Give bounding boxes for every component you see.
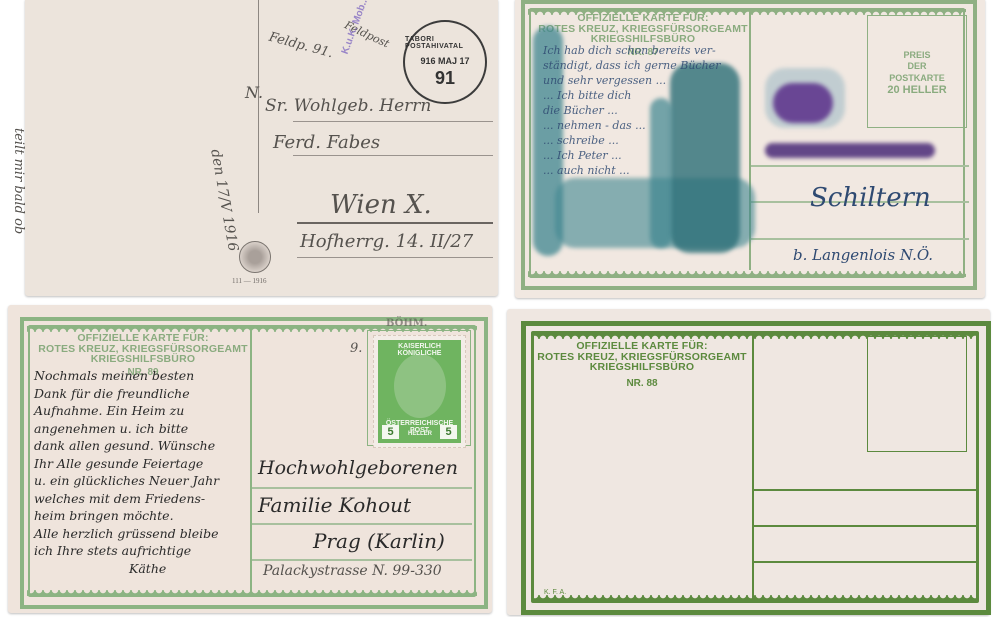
address-line-2: Familie Kohout [258, 493, 411, 517]
printer-mark: K. F. A. [544, 589, 566, 596]
postcard-top-left: teilt mir bald ob von 10 karten geschick… [25, 0, 498, 296]
emperor-portrait-icon [394, 354, 446, 418]
greeting-text: N. [245, 83, 263, 102]
address-line-4: Hofherrg. 14. II/27 [300, 231, 473, 252]
address-line [252, 559, 472, 561]
address-line [754, 489, 976, 491]
address-line-2: b. Langenlois N.Ö. [793, 246, 933, 264]
postcard-bottom-right: OFFIZIELLE KARTE FÜR: ROTES KREUZ, KRIEG… [507, 309, 990, 615]
date-text: den 17/V 1916 [207, 148, 241, 253]
address-line-3: Wien X. [330, 190, 432, 220]
address-line [751, 165, 969, 167]
stamp-box [867, 336, 967, 452]
postcard-top-right: OFFIZIELLE KARTE FÜR: ROTES KREUZ, KRIEG… [515, 0, 985, 298]
price-label: PREIS DER POSTKARTE 20 HELLER [867, 50, 967, 98]
postage-stamp: KAISERLICH KÖNIGLICHE ÖSTERREICHISCHE PO… [373, 335, 466, 448]
address-line [297, 222, 493, 224]
card-divider [752, 333, 754, 599]
price-line: DER [867, 61, 967, 72]
postmark-date: 916 MAJ 17 [420, 56, 469, 66]
address-line [297, 257, 493, 258]
address-line-1: Sr. Wohlgeb. Herrn [265, 96, 431, 116]
message-text: Ich hab dich schon bereits ver- ständigt… [543, 43, 720, 178]
address-line [293, 121, 493, 122]
address-line-1: Schiltern [810, 183, 931, 213]
price-line: PREIS [867, 50, 967, 61]
postmark-partial: BÖHM. [386, 318, 427, 329]
postmark: TABORI POSTAHIVATAL 916 MAJ 17 91 [403, 20, 487, 104]
ink-blot-violet [765, 143, 935, 158]
card-divider [258, 0, 259, 213]
address-line [252, 487, 472, 489]
price-line: POSTKARTE [867, 73, 967, 84]
card-divider [250, 325, 252, 593]
address-line-4: Palackystrasse N. 99-330 [263, 563, 442, 579]
sender-text: Feldp. 91. [267, 30, 334, 62]
publisher-mark: 111 — 1916 [232, 277, 266, 285]
stamp-arc-text: KAISERLICH KÖNIGLICHE [378, 343, 461, 357]
stamp-currency: HELLER [406, 431, 434, 437]
pencil-note: 9. [350, 341, 362, 356]
address-line-3: Prag (Karlin) [313, 529, 445, 553]
message-text: Nochmals meinen besten Dank für die freu… [34, 367, 219, 577]
postmark-number: 91 [435, 68, 455, 89]
address-line-1: Hochwohlgeborenen [258, 457, 458, 479]
header-line: OFFIZIELLE KARTE FÜR: [33, 333, 253, 344]
address-line [252, 523, 472, 525]
price-line: 20 HELLER [867, 84, 967, 98]
header-line: KRIEGSHILFSBÜRO [33, 354, 253, 365]
header-line: KRIEGSHILFSBÜRO [532, 362, 752, 373]
postcard-bottom-left: OFFIZIELLE KARTE FÜR: ROTES KREUZ, KRIEG… [8, 305, 492, 613]
header-line: OFFIZIELLE KARTE FÜR: [532, 341, 752, 352]
address-line [293, 155, 493, 156]
card-number: NR. 88 [532, 379, 752, 389]
stamp-value: 5 [382, 425, 399, 439]
header-line: OFFIZIELLE KARTE FÜR: [533, 13, 753, 24]
ink-blot-violet [773, 83, 833, 123]
postmark-office: TABORI POSTAHIVATAL [405, 36, 485, 50]
publisher-logo-icon [239, 241, 271, 273]
address-line-2: Ferd. Fabes [273, 132, 380, 153]
address-line [754, 525, 976, 527]
address-line [751, 238, 969, 240]
stamp-value: 5 [440, 425, 457, 439]
card-header: OFFIZIELLE KARTE FÜR: ROTES KREUZ, KRIEG… [532, 341, 752, 389]
address-line [754, 561, 976, 563]
